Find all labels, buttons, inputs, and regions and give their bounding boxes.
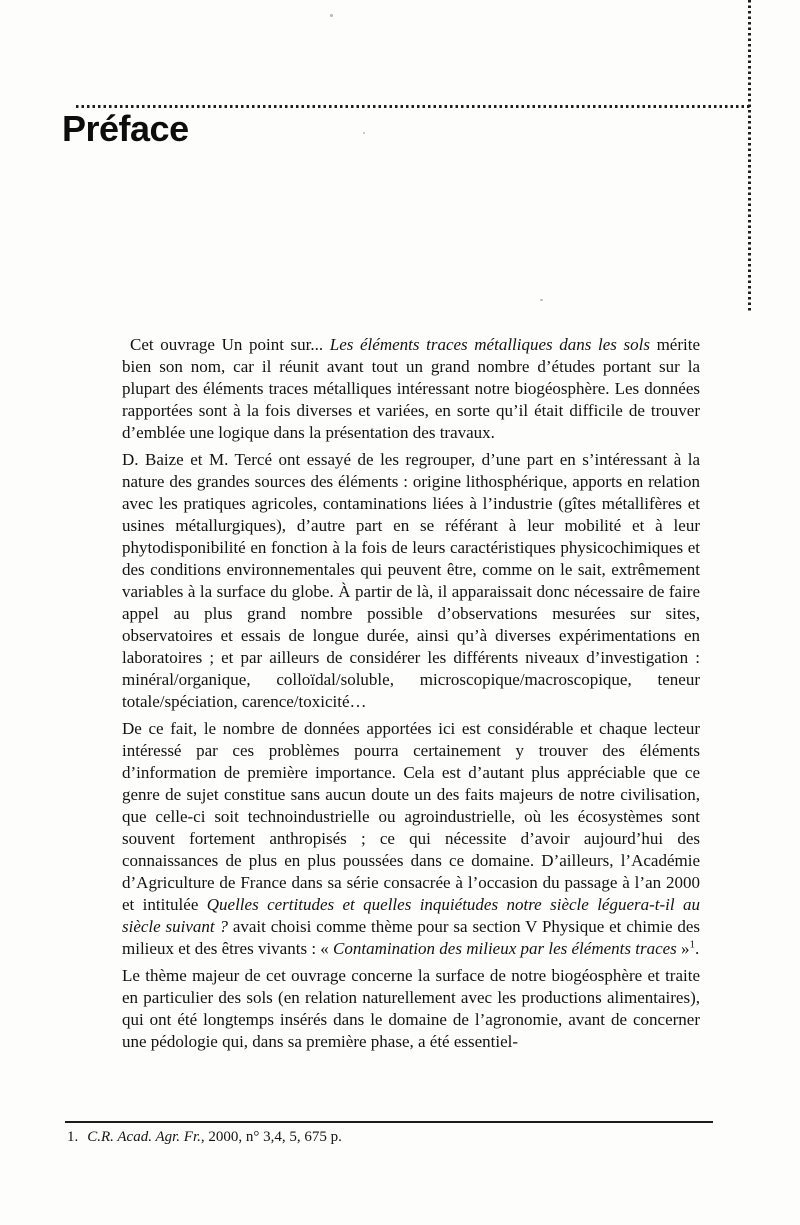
paragraph-1: Cet ouvrage Un point sur... Les éléments…	[122, 334, 700, 444]
book-page: Préface Cet ouvrage Un point sur... Les …	[0, 0, 800, 1225]
text-run: D. Baize et M. Tercé ont essayé de les r…	[122, 450, 700, 711]
footnote-details: , 2000, n° 3,4, 5, 675 p.	[201, 1129, 342, 1145]
dotted-rule-vertical	[748, 0, 751, 313]
book-title-italic: Les éléments traces métalliques dans les…	[330, 335, 650, 354]
paragraph-4: Le thème majeur de cet ouvrage concerne …	[122, 965, 700, 1053]
paragraph-3: De ce fait, le nombre de données apporté…	[122, 718, 700, 960]
footnote: 1.C.R. Acad. Agr. Fr., 2000, n° 3,4, 5, …	[67, 1128, 707, 1147]
scan-speckle	[363, 132, 365, 134]
text-run: »	[677, 939, 690, 958]
footnote-rule	[65, 1121, 713, 1123]
preface-body: Cet ouvrage Un point sur... Les éléments…	[122, 334, 700, 1058]
text-run: De ce fait, le nombre de données apporté…	[122, 719, 700, 914]
section-theme-italic: Contamination des milieux par les élémen…	[333, 939, 677, 958]
paragraph-2: D. Baize et M. Tercé ont essayé de les r…	[122, 449, 700, 713]
scan-speckle	[540, 299, 543, 301]
text-run: Le thème majeur de cet ouvrage concerne …	[122, 966, 700, 1051]
footnote-marker: 1.	[67, 1129, 78, 1145]
text-run: .	[695, 939, 699, 958]
text-run: Cet ouvrage Un point sur...	[130, 335, 330, 354]
scan-speckle	[330, 14, 333, 17]
page-title: Préface	[62, 110, 189, 148]
footnote-journal-italic: C.R. Acad. Agr. Fr.	[87, 1129, 201, 1145]
